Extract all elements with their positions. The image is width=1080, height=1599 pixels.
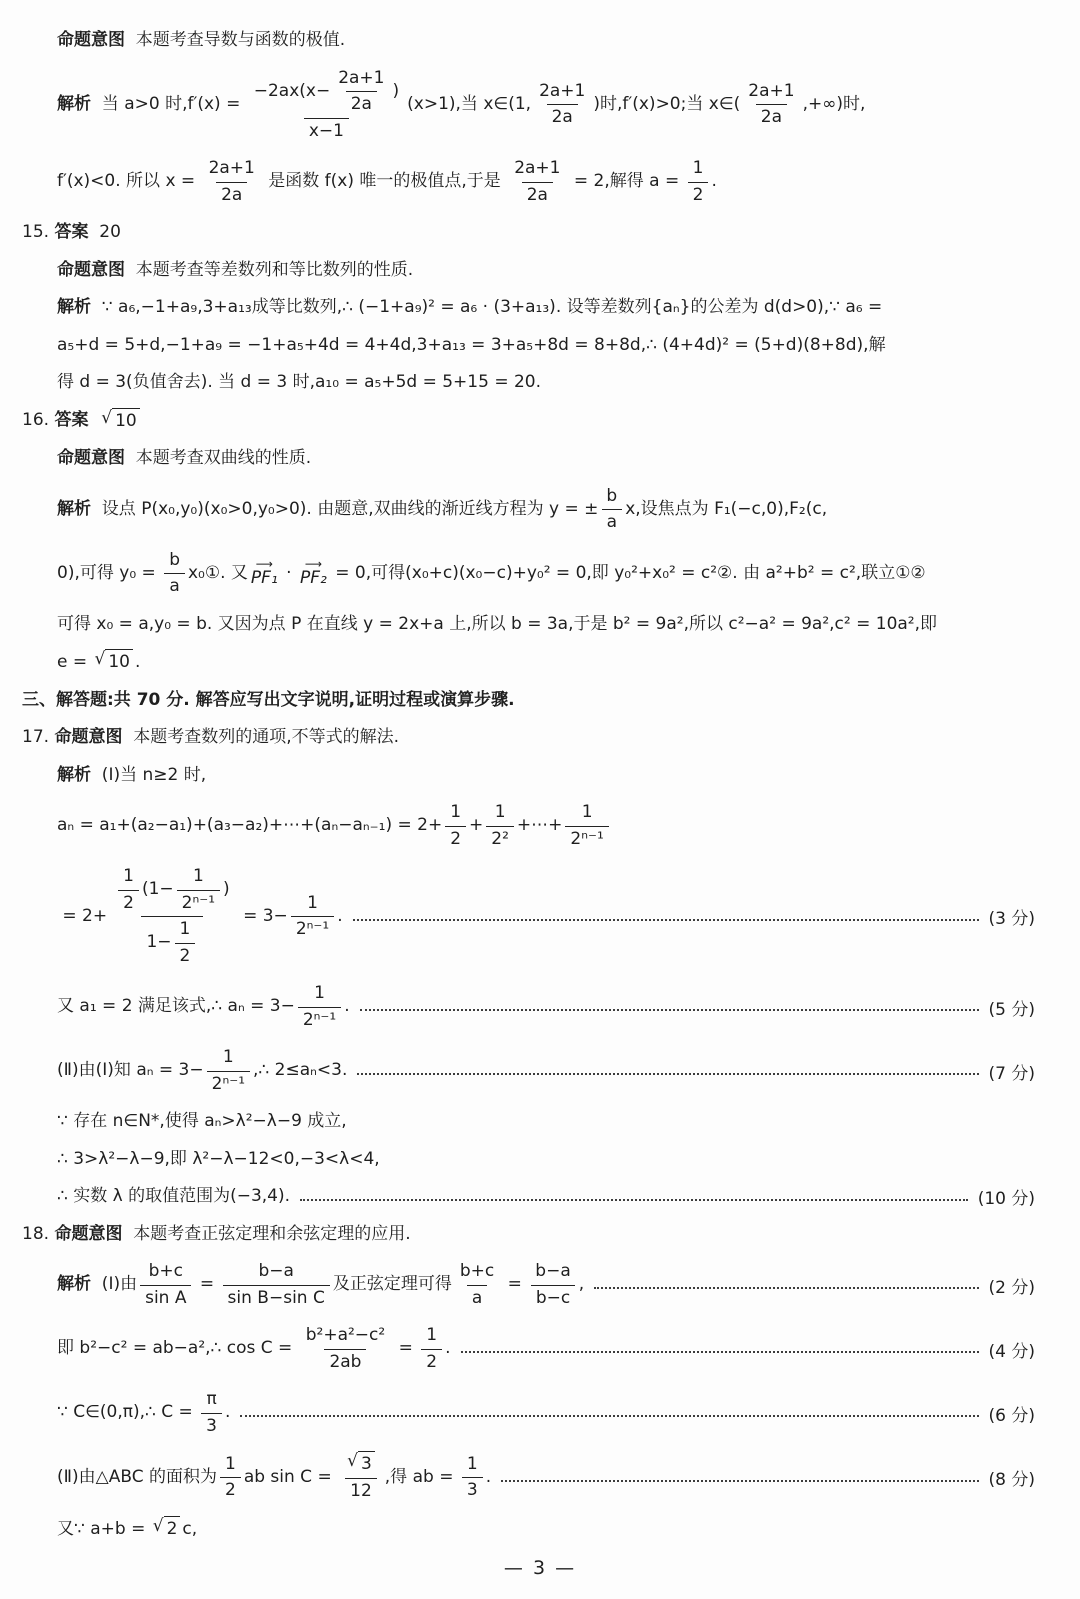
math-text: . [711, 169, 716, 195]
math-text: b−c [536, 1286, 570, 1312]
fraction: 2a+12a [509, 156, 565, 208]
text-line: ∵ 存在 n∈N*,使得 aₙ>λ²−λ−9 成立, [0, 1109, 1080, 1135]
fraction: b−asin B−sin C [223, 1259, 330, 1311]
math-text: 2ⁿ⁻¹ [303, 1008, 336, 1034]
content-lines: 命题意图 本题考查导数与函数的极值.解析 当 a>0 时,f′(x) = −2a… [0, 22, 1080, 1549]
math-text: 12 [350, 1479, 372, 1505]
math-text: b [606, 484, 617, 510]
math-text: x₀①. 又 [188, 561, 248, 587]
math-text: 1 [426, 1323, 437, 1349]
math-text: (Ⅰ)当 n≥2 时, [91, 763, 206, 789]
math-text: 本题考查数列的通项,不等式的解法. [122, 725, 399, 751]
math-text: 2² [491, 827, 509, 853]
text-line: ∴ 实数 λ 的取值范围为(−3,4).(10 分) [0, 1184, 1080, 1210]
math-text: 2a [351, 92, 372, 118]
fraction: 12 [118, 864, 139, 916]
bold-label: 解析 [57, 763, 91, 789]
text-line: 即 b²−c² = ab−a²,∴ cos C = b²+a²−c²2ab = … [0, 1323, 1080, 1375]
score-label: (10 分) [978, 1184, 1035, 1209]
math-text: 得 d = 3(负值舍去). 当 d = 3 时,a₁₀ = a₅+5d = 5… [57, 370, 541, 396]
text-line: 解析 ∵ a₆,−1+a₉,3+a₁₃成等比数列,∴ (−1+a₉)² = a₆… [0, 295, 1080, 321]
math-text: 2 [426, 1350, 437, 1376]
math-text: 本题考查正弦定理和余弦定理的应用. [122, 1222, 410, 1248]
math-text: = 3− [238, 904, 288, 930]
math-text: b²+a²−c² [306, 1323, 386, 1349]
text-line: e = √10. [0, 649, 1080, 676]
math-text: = [194, 1272, 219, 1298]
bold-label: 命题意图 [54, 725, 122, 751]
math-text [88, 408, 99, 434]
math-text: 2a+1 [748, 79, 794, 105]
math-text: 3 [361, 1452, 372, 1478]
math-text: 本题考查等差数列和等比数列的性质. [125, 258, 413, 284]
math-text: 设点 P(x₀,y₀)(x₀>0,y₀>0). 由题意,双曲线的渐近线方程为 y… [91, 497, 598, 523]
dotted-leader [300, 1199, 968, 1201]
document-page: 命题意图 本题考查导数与函数的极值.解析 当 a>0 时,f′(x) = −2a… [0, 0, 1080, 1599]
fraction: 12 [220, 1452, 241, 1504]
score-label: (2 分) [989, 1273, 1035, 1298]
fraction: −2ax(x−2a+12a)x−1 [249, 66, 404, 145]
math-text: a [472, 1286, 482, 1312]
fraction: π3 [201, 1387, 222, 1439]
math-text: 2a [527, 183, 548, 209]
math-text: 1 [123, 864, 134, 890]
math-text: . [337, 904, 342, 930]
math-text: 2ⁿ⁻¹ [570, 827, 603, 853]
fraction: b²+a²−c²2ab [301, 1323, 391, 1375]
text-line: a₅+d = 5+d,−1+a₉ = −1+a₅+4d = 4+4d,3+a₁₃… [0, 333, 1080, 359]
math-text: 即 b²−c² = ab−a²,∴ cos C = [57, 1336, 298, 1362]
math-text: 2 [180, 944, 191, 970]
text-line: 解析 设点 P(x₀,y₀)(x₀>0,y₀>0). 由题意,双曲线的渐近线方程… [0, 484, 1080, 536]
score-label: (4 分) [989, 1337, 1035, 1362]
bold-label: 命题意图 [54, 1222, 122, 1248]
math-text: f′(x)<0. 所以 x = [57, 169, 201, 195]
math-text: = 2+ [57, 904, 107, 930]
vector: ⟶PF₂ [300, 559, 327, 588]
fraction: b+ca [455, 1259, 499, 1311]
math-text: 1 [450, 800, 461, 826]
math-text: 2a [552, 105, 573, 131]
text-line: 命题意图 本题考查导数与函数的极值. [0, 28, 1080, 54]
fraction: 12² [486, 800, 514, 852]
math-text: ∴ 实数 λ 的取值范围为(−3,4). [57, 1184, 290, 1210]
text-line: 解析 (Ⅰ)当 n≥2 时, [0, 763, 1080, 789]
radical-icon: √ [101, 408, 112, 428]
bold-label: 解析 [57, 295, 91, 321]
math-text: 本题考查导数与函数的极值. [125, 28, 345, 54]
math-text: 3 [206, 1414, 217, 1440]
bold-label: 三、解答题:共 70 分. 解答应写出文字说明,证明过程或演算步骤. [22, 688, 515, 714]
math-text: 17. [22, 725, 54, 751]
math-text: (1− [142, 877, 174, 903]
fraction: 12ⁿ⁻¹ [291, 891, 334, 943]
fraction: 2a+12a [534, 79, 590, 131]
math-text: . [486, 1465, 491, 1491]
math-text: 2a+1 [338, 66, 384, 92]
text-line: 16. 答案 √10 [0, 408, 1080, 435]
fraction: b+csin A [140, 1259, 191, 1311]
fraction: 13 [462, 1452, 483, 1504]
text-line: 0),可得 y₀ = bax₀①. 又⟶PF₁ · ⟶PF₂ = 0,可得(x₀… [0, 548, 1080, 600]
math-text: , [579, 1272, 584, 1298]
square-root: √2 [153, 1516, 181, 1543]
bold-label: 解析 [57, 497, 91, 523]
text-line: (Ⅱ)由(Ⅰ)知 aₙ = 3−12ⁿ⁻¹,∴ 2≤aₙ<3.(7 分) [0, 1045, 1080, 1097]
dotted-leader [461, 1351, 979, 1353]
math-text: (Ⅱ)由(Ⅰ)知 aₙ = 3− [57, 1058, 204, 1084]
text-line: 18. 命题意图 本题考查正弦定理和余弦定理的应用. [0, 1222, 1080, 1248]
fraction: 12ⁿ⁻¹ [298, 981, 341, 1033]
text-line: 又∵ a+b = √2c, [0, 1516, 1080, 1543]
math-text: 2a [761, 105, 782, 131]
math-text: ,∴ 2≤aₙ<3. [253, 1058, 347, 1084]
math-text: −2ax(x− [254, 79, 330, 105]
math-text: 1 [307, 891, 318, 917]
dotted-leader [357, 1073, 978, 1075]
math-text: ∵ 存在 n∈N*,使得 aₙ>λ²−λ−9 成立, [57, 1109, 347, 1135]
bold-label: 答案 [54, 220, 88, 246]
math-text: 2ⁿ⁻¹ [212, 1072, 245, 1098]
text-line: 命题意图 本题考查等差数列和等比数列的性质. [0, 258, 1080, 284]
fraction: ba [601, 484, 622, 536]
math-text: 0),可得 y₀ = [57, 561, 161, 587]
score-label: (5 分) [989, 995, 1035, 1020]
math-text: 15. [22, 220, 54, 246]
math-text: ∵ C∈(0,π),∴ C = [57, 1400, 198, 1426]
math-text: +⋯+ [517, 813, 563, 839]
fraction: 12ⁿ⁻¹ [565, 800, 608, 852]
score-label: (3 分) [989, 904, 1035, 929]
radical-icon: √ [153, 1516, 164, 1536]
radical-icon: √ [347, 1451, 358, 1471]
math-text: 1 [180, 917, 191, 943]
bold-label: 答案 [54, 408, 88, 434]
math-text: ,+∞)时, [803, 92, 866, 118]
math-text: 1 [193, 864, 204, 890]
square-root: √10 [95, 649, 133, 676]
math-text: 18. [22, 1222, 54, 1248]
math-text: 1 [223, 1045, 234, 1071]
dotted-leader [501, 1480, 978, 1482]
math-text: = 0,可得(x₀+c)(x₀−c)+y₀² = 0,即 y₀²+x₀² = c… [330, 561, 926, 587]
math-text: 可得 x₀ = a,y₀ = b. 又因为点 P 在直线 y = 2x+a 上,… [57, 612, 937, 638]
math-text: (Ⅰ)由 [91, 1272, 137, 1298]
math-text: 2a+1 [514, 156, 560, 182]
math-text: . [135, 650, 140, 676]
dotted-leader [360, 1009, 979, 1011]
math-text: ab sin C = [244, 1465, 337, 1491]
text-line: f′(x)<0. 所以 x = 2a+12a 是函数 f(x) 唯一的极值点,于… [0, 156, 1080, 208]
math-text: = 2,解得 a = [569, 169, 685, 195]
math-text: (Ⅱ)由△ABC 的面积为 [57, 1465, 217, 1491]
bold-label: 命题意图 [57, 28, 125, 54]
page-number: — 3 — [0, 1557, 1080, 1599]
math-text: 20 [88, 220, 120, 246]
math-text: 1− [146, 930, 171, 956]
text-line: 解析 当 a>0 时,f′(x) = −2ax(x−2a+12a)x−1(x>1… [0, 66, 1080, 145]
math-text: a [169, 574, 179, 600]
math-text: 2 [167, 1517, 178, 1543]
square-root: √3 [347, 1451, 375, 1478]
math-text: sin B−sin C [228, 1286, 325, 1312]
fraction: ba [164, 548, 185, 600]
math-text: · [281, 561, 297, 587]
bold-label: 解析 [57, 92, 91, 118]
fraction: 12 [421, 1323, 442, 1375]
text-line: 又 a₁ = 2 满足该式,∴ aₙ = 3−12ⁿ⁻¹.(5 分) [0, 981, 1080, 1033]
math-text: . [225, 1400, 230, 1426]
text-line: ∴ 3>λ²−λ−9,即 λ²−λ−12<0,−3<λ<4, [0, 1147, 1080, 1173]
fraction: 12ⁿ⁻¹ [207, 1045, 250, 1097]
math-text: + [469, 813, 483, 839]
math-text: 2a+1 [539, 79, 585, 105]
text-line: 命题意图 本题考查双曲线的性质. [0, 446, 1080, 472]
bold-label: 解析 [57, 1272, 91, 1298]
score-label: (8 分) [989, 1465, 1035, 1490]
math-text: π [206, 1387, 216, 1413]
math-text: 2 [123, 891, 134, 917]
text-line: 可得 x₀ = a,y₀ = b. 又因为点 P 在直线 y = 2x+a 上,… [0, 612, 1080, 638]
math-text: sin A [145, 1286, 186, 1312]
math-text: 及正弦定理可得 [333, 1272, 452, 1298]
math-text: 本题考查双曲线的性质. [125, 446, 311, 472]
dotted-leader [353, 919, 979, 921]
math-text: b+c [149, 1259, 183, 1285]
text-line: aₙ = a₁+(a₂−a₁)+(a₃−a₂)+⋯+(aₙ−aₙ₋₁) = 2+… [0, 800, 1080, 852]
math-text: 1 [225, 1452, 236, 1478]
math-text: ) [393, 79, 400, 105]
math-text: b−a [258, 1259, 293, 1285]
text-line: 15. 答案 20 [0, 220, 1080, 246]
math-text: = [393, 1336, 418, 1362]
text-line: 17. 命题意图 本题考查数列的通项,不等式的解法. [0, 725, 1080, 751]
math-text: b+c [460, 1259, 494, 1285]
math-text: ) [223, 877, 230, 903]
text-line: 得 d = 3(负值舍去). 当 d = 3 时,a₁₀ = a₅+5d = 5… [0, 370, 1080, 396]
math-text: ∴ 3>λ²−λ−9,即 λ²−λ−12<0,−3<λ<4, [57, 1147, 380, 1173]
dotted-leader [594, 1287, 978, 1289]
math-text: a [607, 510, 617, 536]
math-text: 2 [225, 1478, 236, 1504]
text-line: = 2+12(1−12ⁿ⁻¹)1−12 = 3−12ⁿ⁻¹.(3 分) [0, 864, 1080, 969]
radical-icon: √ [95, 649, 106, 669]
text-line: 三、解答题:共 70 分. 解答应写出文字说明,证明过程或演算步骤. [0, 688, 1080, 714]
math-text: 又∵ a+b = [57, 1517, 151, 1543]
fraction: b−ab−c [530, 1259, 575, 1311]
score-label: (6 分) [989, 1401, 1035, 1426]
math-text: b [169, 548, 180, 574]
math-text: a₅+d = 5+d,−1+a₉ = −1+a₅+4d = 4+4d,3+a₁₃… [57, 333, 886, 359]
text-line: (Ⅱ)由△ABC 的面积为12ab sin C = √312,得 ab = 13… [0, 1451, 1080, 1504]
math-text: 1 [582, 800, 593, 826]
math-text: 2ab [329, 1350, 361, 1376]
math-text: = [502, 1272, 527, 1298]
fraction: 2a+12a [743, 79, 799, 131]
math-text: 10 [115, 409, 137, 435]
text-line: 解析 (Ⅰ)由b+csin A = b−asin B−sin C及正弦定理可得b… [0, 1259, 1080, 1311]
math-text: . [344, 994, 349, 1020]
math-text: . [445, 1336, 450, 1362]
score-label: (7 分) [989, 1059, 1035, 1084]
math-text: 1 [467, 1452, 478, 1478]
math-text: aₙ = a₁+(a₂−a₁)+(a₃−a₂)+⋯+(aₙ−aₙ₋₁) = 2+ [57, 813, 442, 839]
vector: ⟶PF₁ [251, 559, 278, 588]
math-text: )时,f′(x)>0;当 x∈( [593, 92, 740, 118]
math-text: 又 a₁ = 2 满足该式,∴ aₙ = 3− [57, 994, 295, 1020]
fraction: 12 [175, 917, 196, 969]
math-text: b−a [535, 1259, 570, 1285]
math-text: 2ⁿ⁻¹ [296, 917, 329, 943]
math-text: 1 [693, 156, 704, 182]
fraction: 12ⁿ⁻¹ [177, 864, 220, 916]
math-text: 1 [314, 981, 325, 1007]
math-text: 1 [495, 800, 506, 826]
math-text: x,设焦点为 F₁(−c,0),F₂(c, [625, 497, 827, 523]
dotted-leader [240, 1415, 978, 1417]
math-text: 3 [467, 1478, 478, 1504]
math-text: (x>1),当 x∈(1, [407, 92, 531, 118]
text-line: ∵ C∈(0,π),∴ C = π3.(6 分) [0, 1387, 1080, 1439]
math-text: ,得 ab = [385, 1465, 459, 1491]
fraction: 12(1−12ⁿ⁻¹)1−12 [110, 864, 235, 969]
math-text: ∵ a₆,−1+a₉,3+a₁₃成等比数列,∴ (−1+a₉)² = a₆ · … [91, 295, 882, 321]
square-root: √10 [101, 408, 139, 435]
math-text: e = [57, 650, 93, 676]
fraction: 2a+12a [333, 66, 389, 118]
bold-label: 命题意图 [57, 446, 125, 472]
math-text: 2ⁿ⁻¹ [182, 891, 215, 917]
math-text: 当 a>0 时,f′(x) = [91, 92, 246, 118]
math-text: 是函数 f(x) 唯一的极值点,于是 [263, 169, 506, 195]
math-text: c, [182, 1517, 197, 1543]
bold-label: 命题意图 [57, 258, 125, 284]
fraction: 12 [445, 800, 466, 852]
math-text: 2a [221, 183, 242, 209]
fraction: 2a+12a [204, 156, 260, 208]
math-text: 2 [693, 183, 704, 209]
math-text: 2a+1 [209, 156, 255, 182]
fraction: 12 [688, 156, 709, 208]
math-text: 2 [450, 827, 461, 853]
math-text: 16. [22, 408, 54, 434]
fraction: √312 [340, 1451, 382, 1504]
math-text: 10 [108, 650, 130, 676]
math-text: x−1 [309, 119, 344, 145]
